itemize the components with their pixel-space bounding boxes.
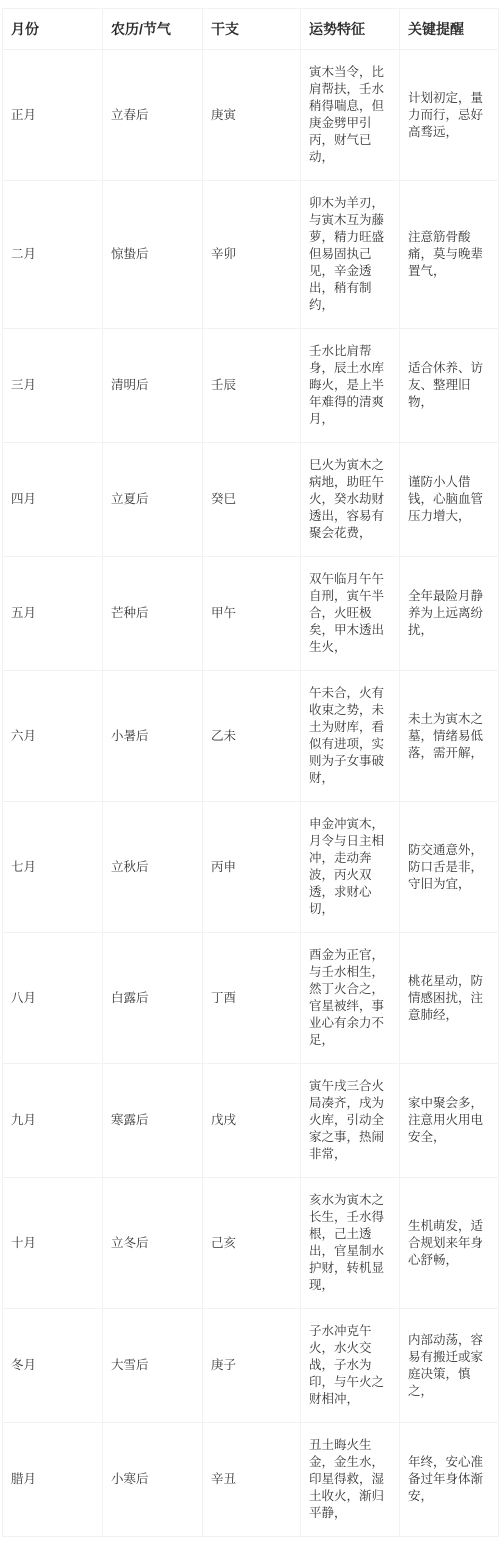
cell-term: 小暑后 <box>103 671 203 802</box>
cell-ganzhi: 辛卯 <box>203 181 301 329</box>
table-row: 七月 立秋后 丙申 申金冲寅木，月令与日主相冲，走动奔波，丙火双透，求财心切， … <box>3 802 499 933</box>
cell-month: 冬月 <box>3 1309 103 1423</box>
cell-term: 清明后 <box>103 329 203 443</box>
cell-fortune: 双午临月午午自刑，寅午半合，火旺极矣，甲木透出生火， <box>301 557 400 671</box>
cell-term: 惊蛰后 <box>103 181 203 329</box>
cell-fortune: 亥水为寅木之长生，壬水得根，己土透出，官星制水护财，转机显现， <box>301 1178 400 1309</box>
table-row: 十月 立冬后 己亥 亥水为寅木之长生，壬水得根，己土透出，官星制水护财，转机显现… <box>3 1178 499 1309</box>
table-row: 五月 芒种后 甲午 双午临月午午自刑，寅午半合，火旺极矣，甲木透出生火， 全年最… <box>3 557 499 671</box>
cell-reminder: 内部动荡，容易有搬迁或家庭决策，慎之， <box>400 1309 499 1423</box>
cell-fortune: 寅木当令，比肩帮扶，壬水稍得喘息，但庚金劈甲引丙，财气已动， <box>301 50 400 181</box>
cell-term: 小寒后 <box>103 1423 203 1537</box>
header-reminder: 关键提醒 <box>400 9 499 50</box>
cell-reminder: 桃花星动，防情感困扰，注意肺经， <box>400 933 499 1064</box>
cell-ganzhi: 辛丑 <box>203 1423 301 1537</box>
table-row: 腊月 小寒后 辛丑 丑土晦火生金，金生水，印星得救，湿土收火，渐归平静， 年终，… <box>3 1423 499 1537</box>
cell-fortune: 酉金为正官，与壬水相生，然丁火合之，官星被绊，事业心有余力不足， <box>301 933 400 1064</box>
cell-ganzhi: 丁酉 <box>203 933 301 1064</box>
table-row: 冬月 大雪后 庚子 子水冲克午火，水火交战，子水为印，与午火之财相冲， 内部动荡… <box>3 1309 499 1423</box>
monthly-fortune-table-page: 月份 农历/节气 干支 运势特征 关键提醒 正月 立春后 庚寅 寅木当令，比肩帮… <box>0 0 500 1541</box>
cell-month: 五月 <box>3 557 103 671</box>
cell-month: 十月 <box>3 1178 103 1309</box>
cell-ganzhi: 庚子 <box>203 1309 301 1423</box>
cell-reminder: 生机萌发，适合规划来年身心舒畅， <box>400 1178 499 1309</box>
cell-ganzhi: 乙未 <box>203 671 301 802</box>
cell-reminder: 家中聚会多，注意用火用电安全， <box>400 1064 499 1178</box>
cell-fortune: 子水冲克午火，水火交战，子水为印，与午火之财相冲， <box>301 1309 400 1423</box>
cell-month: 二月 <box>3 181 103 329</box>
cell-month: 八月 <box>3 933 103 1064</box>
cell-reminder: 未土为寅木之墓，情绪易低落，需开解， <box>400 671 499 802</box>
cell-fortune: 丑土晦火生金，金生水，印星得救，湿土收火，渐归平静， <box>301 1423 400 1537</box>
table-row: 九月 寒露后 戊戌 寅午戌三合火局凑齐，戌为火库，引动全家之事，热闹非常， 家中… <box>3 1064 499 1178</box>
cell-term: 立秋后 <box>103 802 203 933</box>
cell-ganzhi: 壬辰 <box>203 329 301 443</box>
cell-reminder: 注意筋骨酸痛，莫与晚辈置气， <box>400 181 499 329</box>
cell-term: 芒种后 <box>103 557 203 671</box>
cell-fortune: 午未合，火有收束之势，未土为财库，看似有进项，实则为子女事破财， <box>301 671 400 802</box>
table-row: 四月 立夏后 癸巳 巳火为寅木之病地，助旺午火，癸水劫财透出，容易有聚会花费， … <box>3 443 499 557</box>
cell-term: 立春后 <box>103 50 203 181</box>
cell-month: 正月 <box>3 50 103 181</box>
cell-fortune: 巳火为寅木之病地，助旺午火，癸水劫财透出，容易有聚会花费， <box>301 443 400 557</box>
cell-reminder: 计划初定，量力而行，忌好高骛远， <box>400 50 499 181</box>
table-row: 三月 清明后 壬辰 壬水比肩帮身，辰土水库晦火，是上半年难得的清爽月， 适合休养… <box>3 329 499 443</box>
table-row: 正月 立春后 庚寅 寅木当令，比肩帮扶，壬水稍得喘息，但庚金劈甲引丙，财气已动，… <box>3 50 499 181</box>
monthly-fortune-table: 月份 农历/节气 干支 运势特征 关键提醒 正月 立春后 庚寅 寅木当令，比肩帮… <box>2 8 499 1537</box>
cell-fortune: 壬水比肩帮身，辰土水库晦火，是上半年难得的清爽月， <box>301 329 400 443</box>
cell-reminder: 谨防小人借钱，心脑血管压力增大， <box>400 443 499 557</box>
cell-reminder: 全年最险月静养为上远离纷扰， <box>400 557 499 671</box>
cell-reminder: 年终，安心准备过年身体渐安， <box>400 1423 499 1537</box>
table-header-row: 月份 农历/节气 干支 运势特征 关键提醒 <box>3 9 499 50</box>
cell-month: 六月 <box>3 671 103 802</box>
cell-term: 白露后 <box>103 933 203 1064</box>
cell-ganzhi: 癸巳 <box>203 443 301 557</box>
cell-term: 立夏后 <box>103 443 203 557</box>
cell-ganzhi: 甲午 <box>203 557 301 671</box>
cell-fortune: 寅午戌三合火局凑齐，戌为火库，引动全家之事，热闹非常， <box>301 1064 400 1178</box>
cell-ganzhi: 丙申 <box>203 802 301 933</box>
header-fortune: 运势特征 <box>301 9 400 50</box>
header-month: 月份 <box>3 9 103 50</box>
table-row: 六月 小暑后 乙未 午未合，火有收束之势，未土为财库，看似有进项，实则为子女事破… <box>3 671 499 802</box>
cell-fortune: 申金冲寅木，月令与日主相冲，走动奔波，丙火双透，求财心切， <box>301 802 400 933</box>
cell-term: 立冬后 <box>103 1178 203 1309</box>
cell-month: 七月 <box>3 802 103 933</box>
table-row: 八月 白露后 丁酉 酉金为正官，与壬水相生，然丁火合之，官星被绊，事业心有余力不… <box>3 933 499 1064</box>
cell-ganzhi: 庚寅 <box>203 50 301 181</box>
header-ganzhi: 干支 <box>203 9 301 50</box>
cell-ganzhi: 己亥 <box>203 1178 301 1309</box>
cell-month: 三月 <box>3 329 103 443</box>
cell-month: 腊月 <box>3 1423 103 1537</box>
cell-month: 四月 <box>3 443 103 557</box>
cell-term: 寒露后 <box>103 1064 203 1178</box>
header-term: 农历/节气 <box>103 9 203 50</box>
cell-fortune: 卯木为羊刃，与寅木互为藤萝，精力旺盛但易固执己见，辛金透出，稍有制约， <box>301 181 400 329</box>
cell-reminder: 防交通意外，防口舌是非，守旧为宜， <box>400 802 499 933</box>
cell-reminder: 适合休养、访友、整理旧物， <box>400 329 499 443</box>
cell-month: 九月 <box>3 1064 103 1178</box>
cell-term: 大雪后 <box>103 1309 203 1423</box>
cell-ganzhi: 戊戌 <box>203 1064 301 1178</box>
table-row: 二月 惊蛰后 辛卯 卯木为羊刃，与寅木互为藤萝，精力旺盛但易固执己见，辛金透出，… <box>3 181 499 329</box>
